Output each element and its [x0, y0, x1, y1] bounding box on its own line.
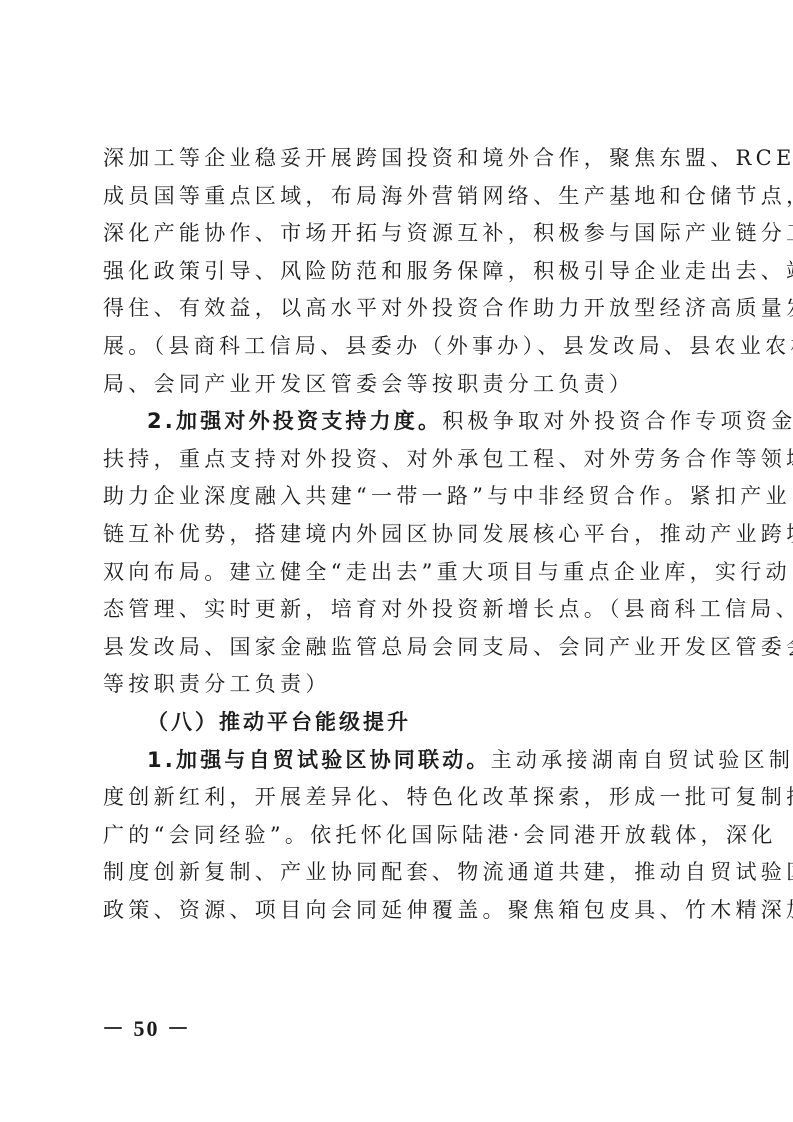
page-number: － 50 －: [102, 1012, 191, 1043]
document-page: 深加工等企业稳妥开展跨国投资和境外合作，聚焦东盟、RCEP 成员国等重点区域，布…: [0, 0, 793, 1122]
text-line: 态管理、实时更新，培育对外投资新增长点。（县商科工信局、: [103, 591, 703, 629]
text-line: 助力企业深度融入共建“一带一路”与中非经贸合作。紧扣产业: [103, 478, 703, 516]
text-line: 度创新红利，开展差异化、特色化改革探索，形成一批可复制推: [103, 779, 703, 817]
paragraph-outbound-investment-support: 2.加强对外投资支持力度。积极争取对外投资合作专项资金 扶持，重点支持对外投资、…: [103, 403, 703, 704]
text-line: 链互补优势，搭建境内外园区协同发展核心平台，推动产业跨境: [103, 516, 703, 554]
text-line: 深加工等企业稳妥开展跨国投资和境外合作，聚焦东盟、RCEP: [103, 140, 703, 178]
paragraph-continuation: 深加工等企业稳妥开展跨国投资和境外合作，聚焦东盟、RCEP 成员国等重点区域，布…: [103, 140, 703, 403]
text-line: 强化政策引导、风险防范和服务保障，积极引导企业走出去、站: [103, 253, 703, 291]
text-line: 广的“会同经验”。依托怀化国际陆港·会同港开放载体，深化: [103, 817, 703, 855]
item-title: 1.加强与自贸试验区协同联动。: [147, 748, 491, 772]
item-text: 积极争取对外投资合作专项资金: [442, 409, 793, 433]
paragraph-free-trade-zone-coordination: 1.加强与自贸试验区协同联动。主动承接湖南自贸试验区制 度创新红利，开展差异化、…: [103, 742, 703, 930]
text-line: 展。（县商科工信局、县委办（外事办）、县发改局、县农业农村: [103, 328, 703, 366]
text-line: 双向布局。建立健全“走出去”重大项目与重点企业库，实行动: [103, 554, 703, 592]
text-line: 2.加强对外投资支持力度。积极争取对外投资合作专项资金: [103, 403, 703, 441]
text-line: 1.加强与自贸试验区协同联动。主动承接湖南自贸试验区制: [103, 742, 703, 780]
text-line: 县发改局、国家金融监管总局会同支局、会同产业开发区管委会: [103, 629, 703, 667]
section-heading: （八）推动平台能级提升: [103, 704, 703, 742]
text-line: 得住、有效益，以高水平对外投资合作助力开放型经济高质量发: [103, 290, 703, 328]
text-line: 制度创新复制、产业协同配套、物流通道共建，推动自贸试验区: [103, 854, 703, 892]
document-body: 深加工等企业稳妥开展跨国投资和境外合作，聚焦东盟、RCEP 成员国等重点区域，布…: [103, 140, 703, 929]
text-line: 局、会同产业开发区管委会等按职责分工负责）: [103, 366, 703, 404]
text-line: 深化产能协作、市场开拓与资源互补，积极参与国际产业链分工。: [103, 215, 703, 253]
text-line: 政策、资源、项目向会同延伸覆盖。聚焦箱包皮具、竹木精深加: [103, 892, 703, 930]
text-line: 扶持，重点支持对外投资、对外承包工程、对外劳务合作等领域，: [103, 441, 703, 479]
item-text: 主动承接湖南自贸试验区制: [491, 748, 793, 772]
item-title: 2.加强对外投资支持力度。: [147, 409, 442, 433]
text-line: 成员国等重点区域，布局海外营销网络、生产基地和仓储节点，: [103, 178, 703, 216]
text-line: 等按职责分工负责）: [103, 666, 703, 704]
